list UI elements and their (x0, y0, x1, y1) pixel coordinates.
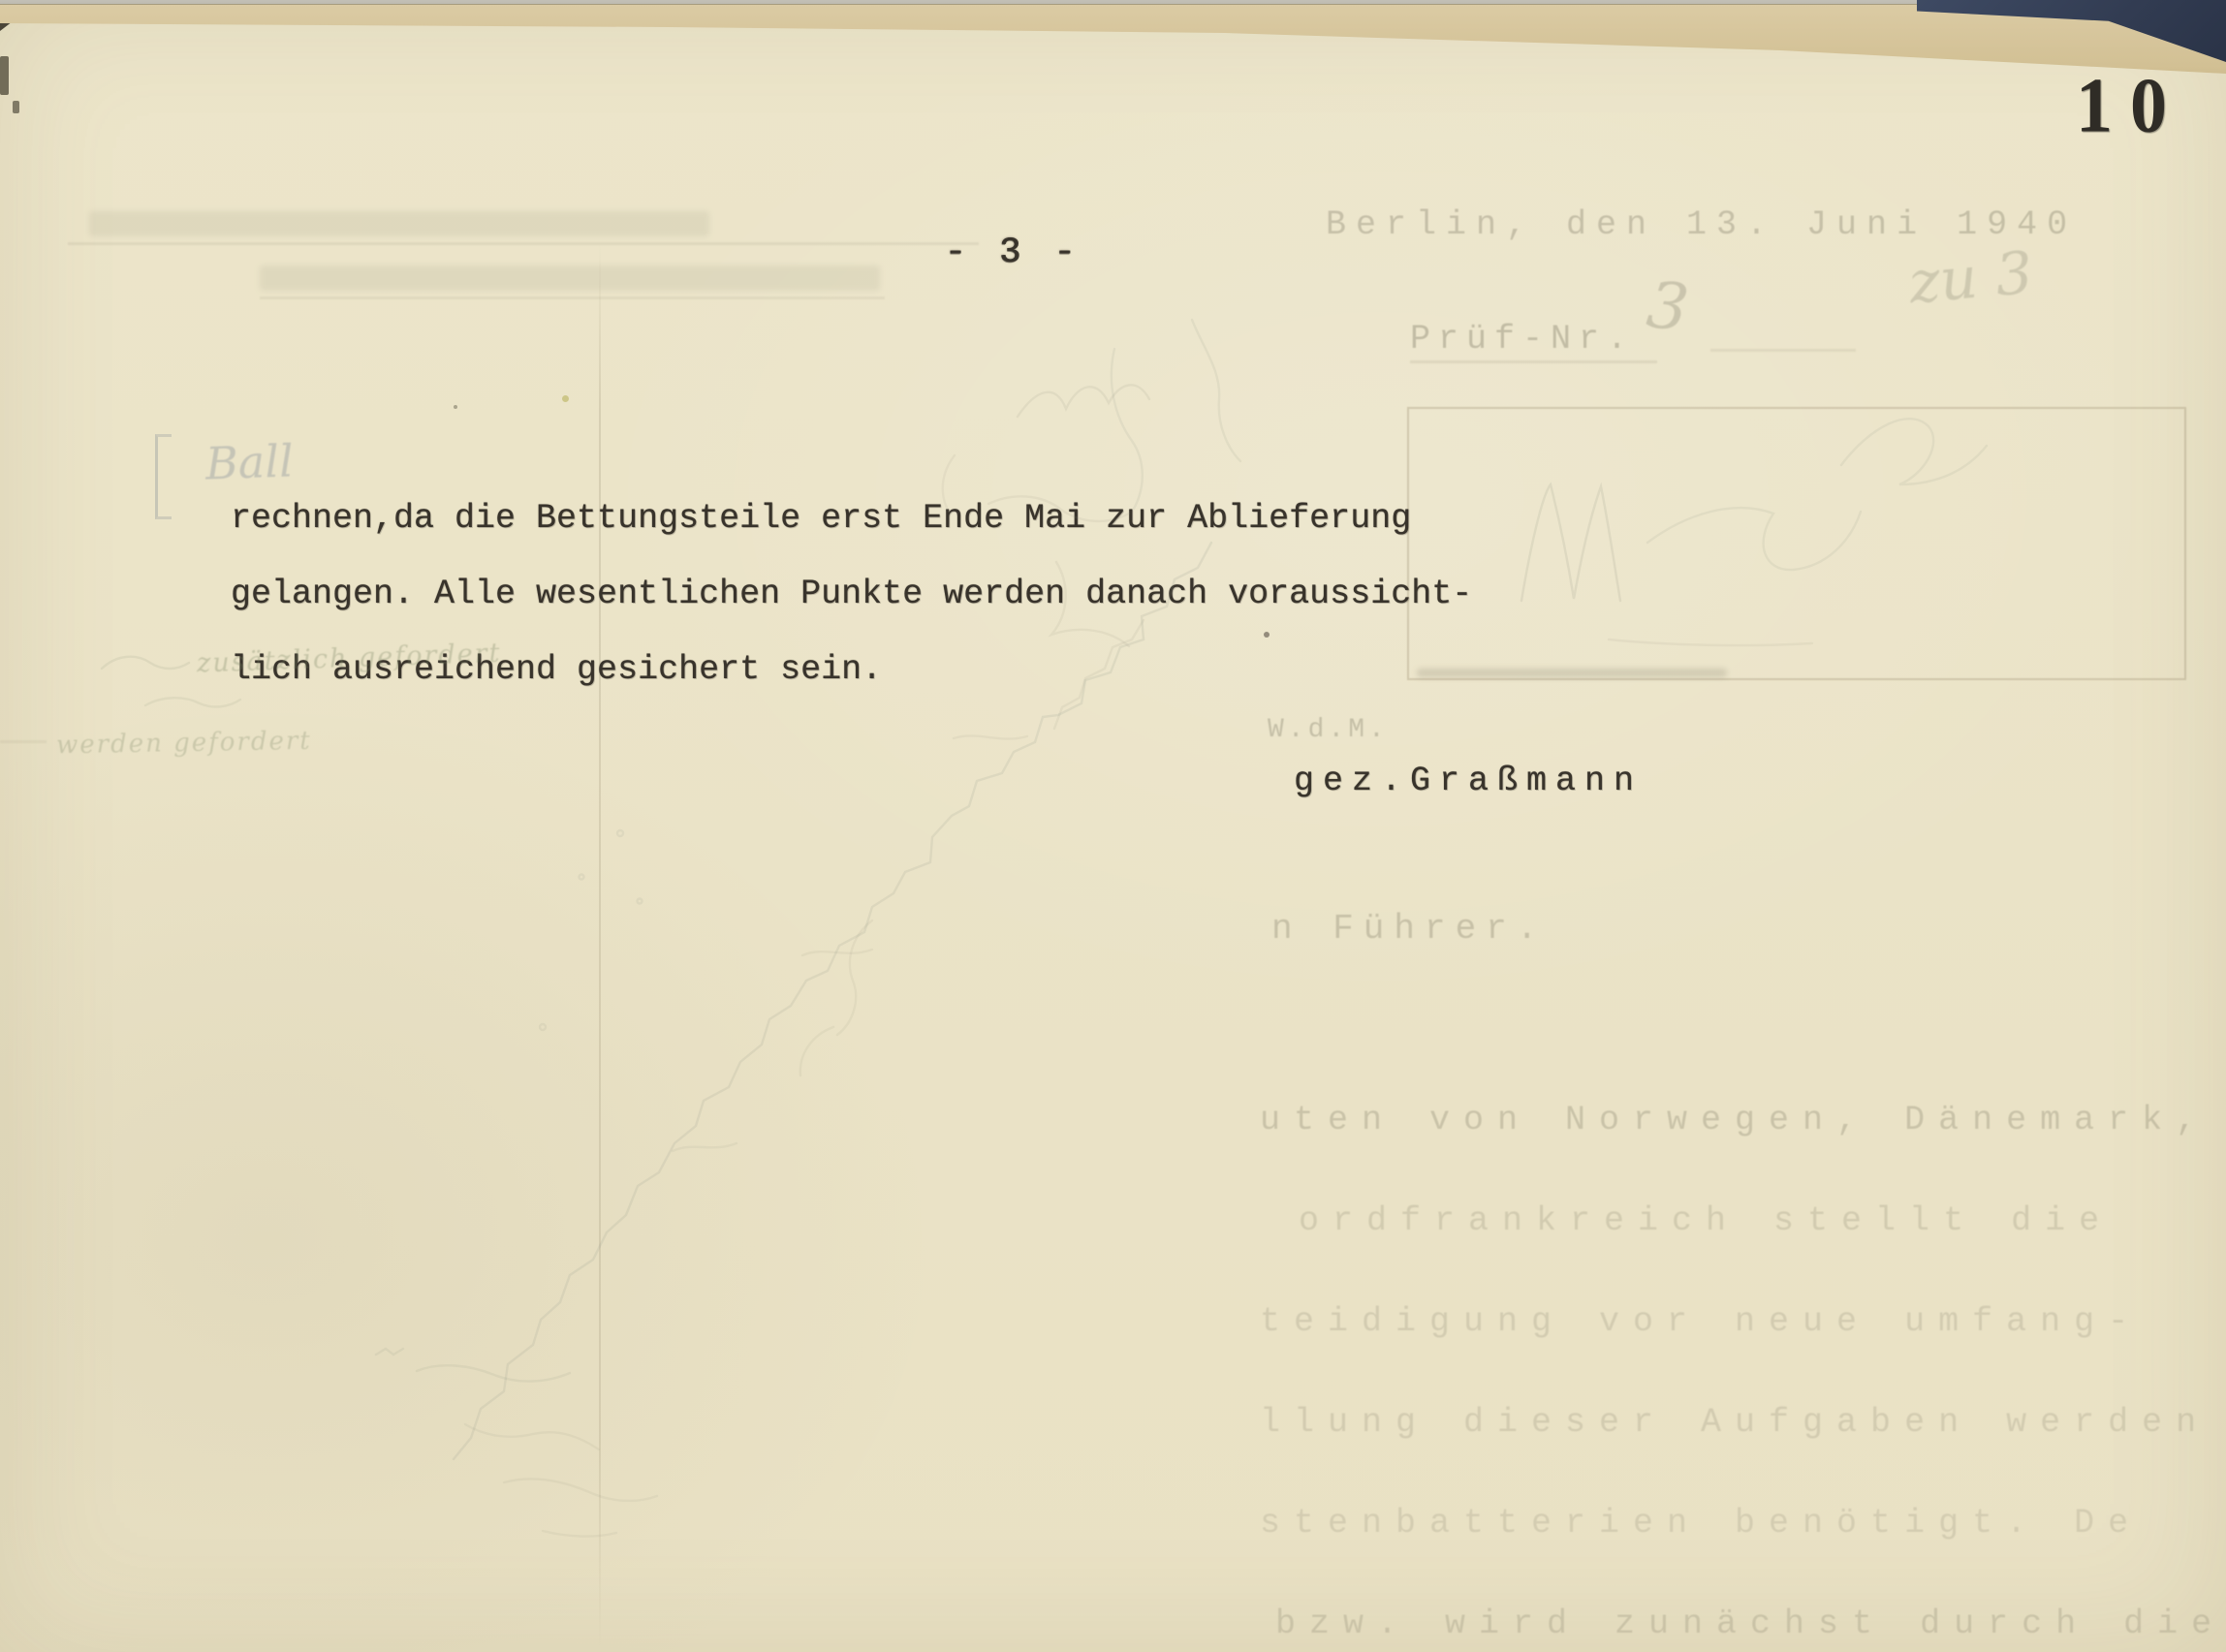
handwritten-note: zu 3 (1906, 239, 2035, 318)
pruef-dash (1710, 349, 1856, 352)
body-line: gelangen. Alle wesentlichen Punkte werde… (231, 556, 1472, 632)
bleedthrough-pruef-label: Prüf-Nr. (1410, 320, 1635, 358)
ink-speck (1264, 632, 1270, 638)
bleedthrough-underline (260, 296, 885, 299)
handwritten-bracket (155, 434, 172, 519)
scanned-document-page: Berlin, den 13. Juni 1940 Prüf-Nr. 3 zu … (0, 0, 2226, 1652)
page-marker: - 3 - (921, 233, 1105, 273)
bleedthrough-line: llung dieser Aufgaben werden (1260, 1403, 2210, 1442)
body-paragraph: rechnen,da die Bettungsteile erst Ende M… (231, 481, 1472, 707)
bleedthrough-stamp-box (1407, 407, 2186, 680)
paper-sheet: Berlin, den 13. Juni 1940 Prüf-Nr. 3 zu … (0, 0, 2226, 1652)
bleedthrough-fuehrer-line: n Führer. (1271, 909, 1547, 949)
signature-line: gez.Graßmann (1294, 762, 1643, 800)
body-line: rechnen,da die Bettungsteile erst Ende M… (231, 481, 1472, 556)
bleedthrough-wdm-mark: W.d.M. (1268, 715, 1389, 745)
paper-speck (562, 395, 569, 402)
handwritten-ball-note: Ball (204, 434, 294, 489)
edge-speck (13, 101, 19, 113)
pencil-dash (0, 740, 47, 743)
bleedthrough-heading-smudge (89, 211, 709, 236)
pruef-underline (1410, 360, 1657, 363)
handwritten-number: 3 (1643, 267, 1692, 347)
bleedthrough-line: stenbatterien benötigt. De (1260, 1504, 2142, 1543)
bleedthrough-line: uten von Norwegen, Dänemark, (1260, 1101, 2210, 1139)
ink-speck (454, 405, 457, 409)
bleedthrough-underline (68, 242, 979, 245)
bleedthrough-date-line: Berlin, den 13. Juni 1940 (1326, 205, 2077, 244)
pencil-note: werden gefordert (56, 727, 312, 761)
bleedthrough-line: bzw. wird zunächst durch die (1275, 1605, 2225, 1643)
bleedthrough-heading-smudge (260, 265, 880, 291)
page-number-stamp: 10 (2076, 61, 2184, 150)
bleedthrough-line: teidigung vor neue umfang- (1260, 1302, 2142, 1341)
edge-speck (0, 56, 9, 95)
bleedthrough-line: ordfrankreich stellt die (1299, 1201, 2113, 1240)
fold-crease (599, 242, 601, 1652)
